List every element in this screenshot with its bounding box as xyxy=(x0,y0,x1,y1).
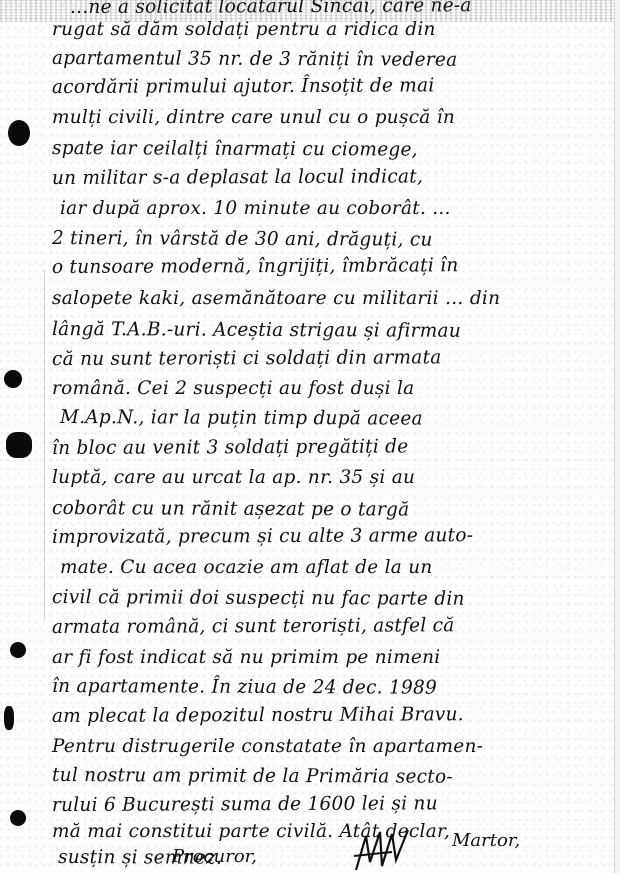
text-line: lângă T.A.B.-uri. Aceștia strigau și afi… xyxy=(52,318,461,342)
punch-hole-mark xyxy=(10,810,26,826)
text-line: mate. Cu acea ocazie am aflat de la un xyxy=(60,556,433,578)
text-line: română. Cei 2 suspecți au fost duși la xyxy=(52,377,414,399)
text-line: civil că primii doi suspecți nu fac part… xyxy=(52,586,465,610)
scanned-page: ...ne a solicitat locatarul Sincai, care… xyxy=(0,0,615,873)
text-line: tul nostru am primit de la Primăria sect… xyxy=(52,764,453,788)
text-line: Pentru distrugerile constatate în aparta… xyxy=(52,735,483,757)
prosecutor-label: Procuror, xyxy=(172,846,257,867)
text-line: spate iar ceilalți înarmați cu ciomege, xyxy=(52,137,418,161)
text-line: improvizată, precum și cu alte 3 arme au… xyxy=(52,524,473,548)
margin-line xyxy=(44,270,45,620)
text-line: că nu sunt teroriști ci soldați din arma… xyxy=(52,346,442,370)
signature-scribble xyxy=(352,826,412,872)
text-line: rului 6 București suma de 1600 lei și nu xyxy=(52,792,438,816)
text-line: am plecat la depozitul nostru Mihai Brav… xyxy=(52,703,464,727)
text-line: apartamentul 35 nr. de 3 răniți în veder… xyxy=(52,47,457,71)
punch-hole-mark xyxy=(8,120,30,146)
text-line: ...ne a solicitat locatarul Sincai, care… xyxy=(70,0,472,18)
text-line: ar fi fost indicat să nu primim pe nimen… xyxy=(52,646,440,668)
text-line: 2 tineri, în vârstă de 30 ani, drăguți, … xyxy=(52,227,433,251)
text-line: coborât cu un rănit așezat pe o targă xyxy=(52,497,410,521)
text-line: salopete kaki, asemănătoare cu militarii… xyxy=(52,287,500,309)
punch-hole-mark xyxy=(4,370,22,388)
ink-blot xyxy=(6,432,32,458)
text-line: în bloc au venit 3 soldați pregătiți de xyxy=(52,435,409,459)
text-line: M.Ap.N., iar la puțin timp după aceea xyxy=(60,406,423,430)
text-line: luptă, care au urcat la ap. nr. 35 și au xyxy=(52,466,415,488)
text-line: armata română, ci sunt teroriști, astfel… xyxy=(52,614,455,638)
text-line: un militar s-a deplasat la locul indicat… xyxy=(52,165,423,189)
text-line: acordării primului ajutor. Însoțit de ma… xyxy=(52,74,435,98)
text-line: în apartamente. În ziua de 24 dec. 1989 xyxy=(52,675,437,699)
text-line: o tunsoare modernă, îngrijiți, îmbrăcați… xyxy=(52,254,459,278)
text-line: iar după aprox. 10 minute au coborât. ..… xyxy=(60,197,451,219)
text-line: mulți civili, dintre care unul cu o pușc… xyxy=(52,106,455,128)
witness-label: Martor, xyxy=(452,830,520,851)
text-line: rugat să dăm soldați pentru a ridica din xyxy=(52,18,436,40)
punch-hole-mark xyxy=(10,642,26,658)
ink-blot xyxy=(4,706,14,730)
